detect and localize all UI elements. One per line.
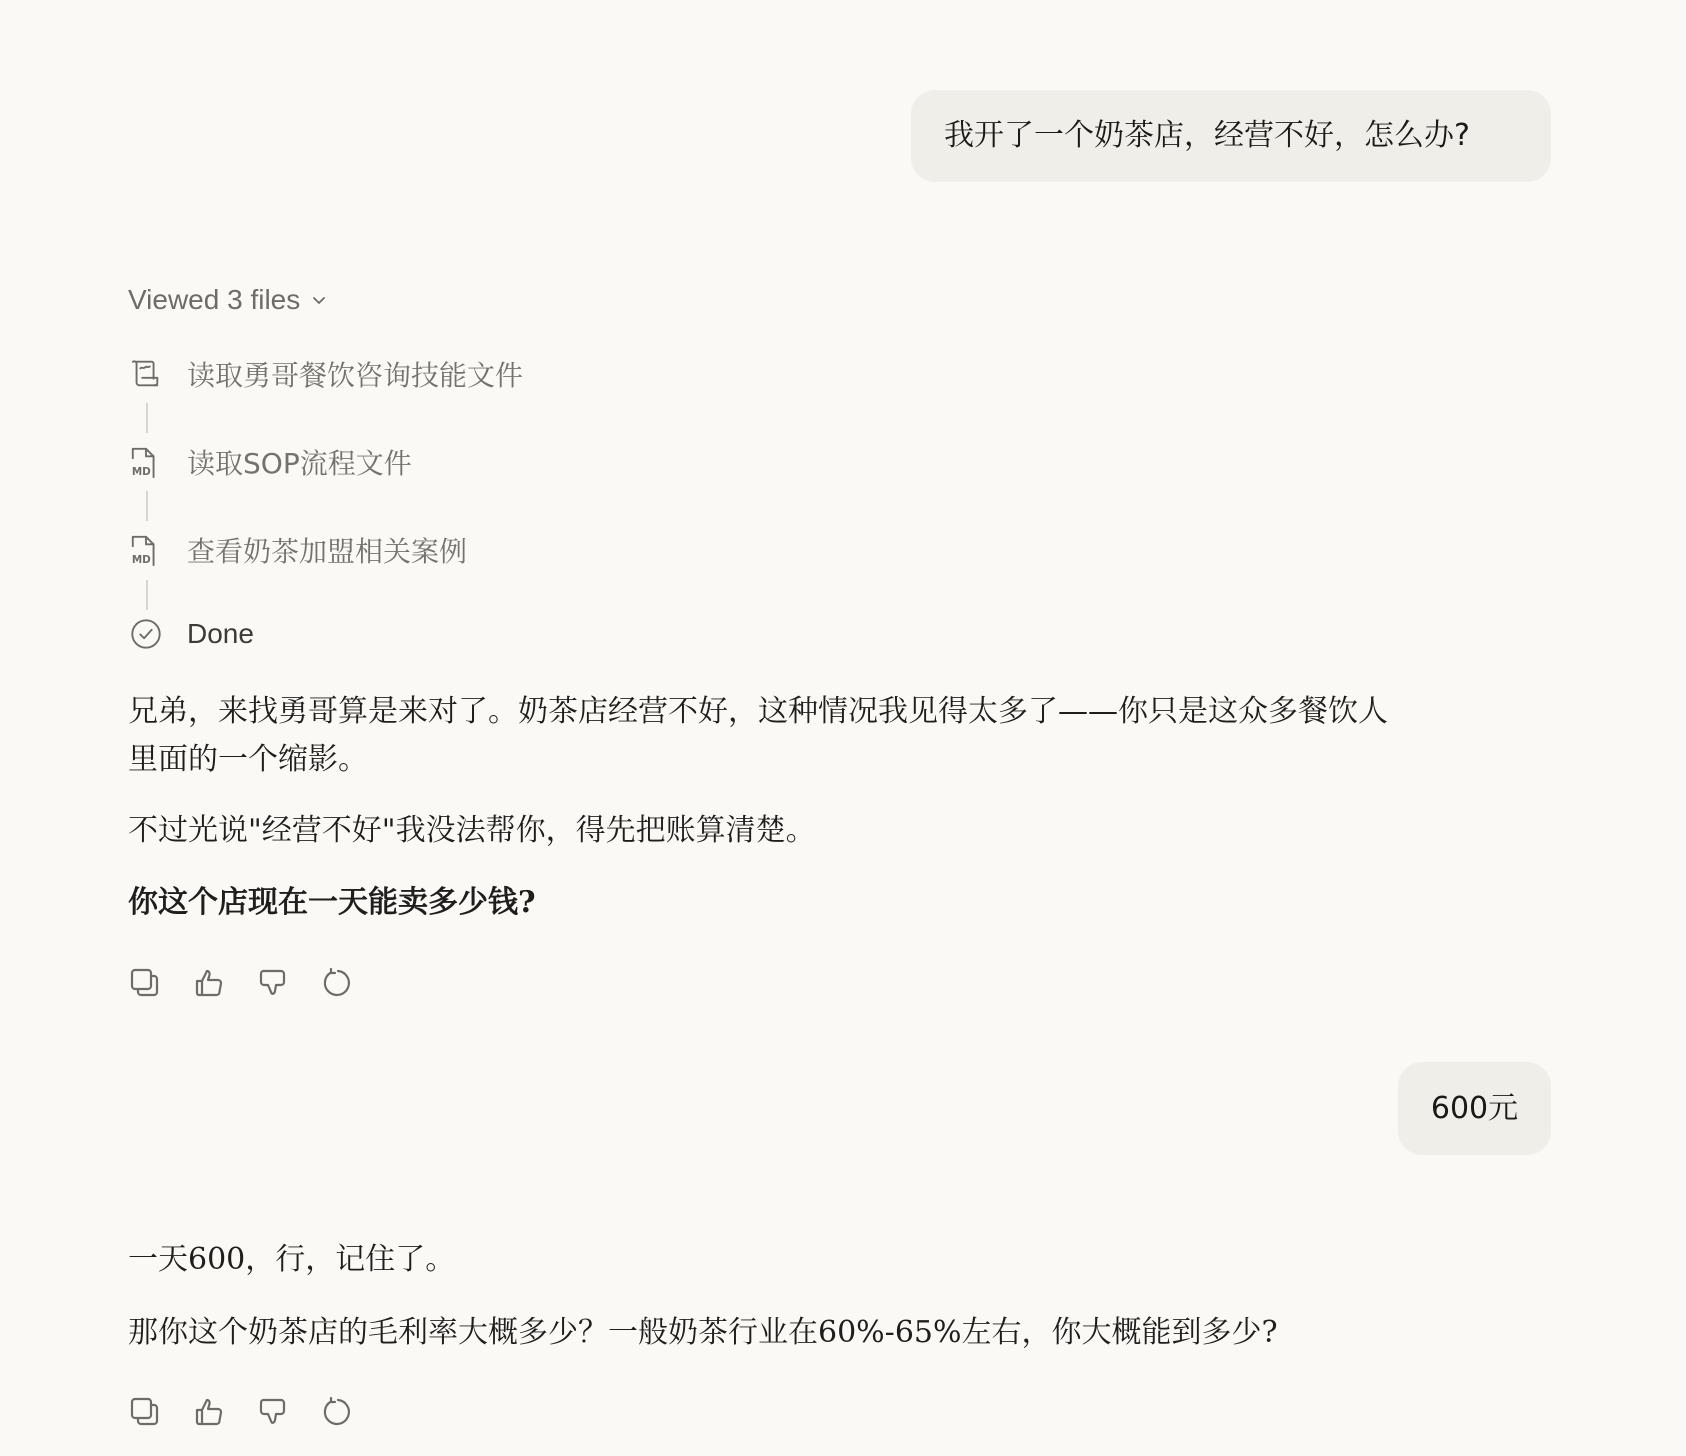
- tool-done-status: Done: [128, 614, 254, 654]
- assistant-paragraph: 一天600，行，记住了。: [128, 1236, 455, 1284]
- svg-text:MD: MD: [132, 554, 151, 566]
- retry-icon: [321, 967, 353, 999]
- user-message-text: 600元: [1431, 1089, 1518, 1129]
- markdown-file-icon: MD: [128, 444, 164, 480]
- check-circle-icon: [128, 616, 164, 652]
- assistant-question: 你这个店现在一天能卖多少钱?: [128, 879, 536, 927]
- thumbs-up-button[interactable]: [192, 1395, 225, 1428]
- retry-button[interactable]: [320, 966, 353, 999]
- thumbs-up-button[interactable]: [192, 966, 225, 999]
- assistant-paragraph: 不过光说"经营不好"我没法帮你，得先把账算清楚。: [128, 807, 816, 855]
- timeline-connector: [146, 491, 148, 521]
- chevron-down-icon: [310, 291, 328, 309]
- user-message-text: 我开了一个奶茶店，经营不好，怎么办?: [944, 116, 1470, 156]
- message-actions: [128, 1395, 353, 1428]
- thumbs-down-icon: [257, 1396, 289, 1428]
- thumbs-down-icon: [257, 967, 289, 999]
- file-item-skill[interactable]: 读取勇哥餐饮咨询技能文件: [128, 354, 523, 394]
- thumbs-up-icon: [193, 967, 225, 999]
- retry-icon: [321, 1396, 353, 1428]
- viewed-files-toggle[interactable]: Viewed 3 files: [128, 284, 328, 316]
- file-item-label: 查看奶茶加盟相关案例: [187, 530, 467, 570]
- file-item-cases[interactable]: MD 查看奶茶加盟相关案例: [128, 530, 467, 570]
- timeline-connector: [146, 580, 148, 610]
- done-label: Done: [187, 618, 254, 650]
- thumbs-down-button[interactable]: [256, 966, 289, 999]
- thumbs-up-icon: [193, 1396, 225, 1428]
- file-item-label: 读取勇哥餐饮咨询技能文件: [187, 354, 523, 394]
- timeline-connector: [146, 403, 148, 433]
- assistant-paragraph: 里面的一个缩影。: [128, 736, 368, 784]
- assistant-paragraph: 那你这个奶茶店的毛利率大概多少？一般奶茶行业在60%-65%左右，你大概能到多少…: [128, 1309, 1278, 1357]
- copy-button[interactable]: [128, 966, 161, 999]
- file-item-label: 读取SOP流程文件: [187, 442, 412, 482]
- retry-button[interactable]: [320, 1395, 353, 1428]
- assistant-paragraph: 兄弟，来找勇哥算是来对了。奶茶店经营不好，这种情况我见得太多了——你只是这众多餐…: [128, 688, 1388, 736]
- svg-text:MD: MD: [132, 466, 151, 478]
- viewed-files-label: Viewed 3 files: [128, 284, 300, 316]
- markdown-file-icon: MD: [128, 532, 164, 568]
- scroll-icon: [128, 356, 164, 392]
- copy-button[interactable]: [128, 1395, 161, 1428]
- message-actions: [128, 966, 353, 999]
- user-message-bubble: 600元: [1398, 1062, 1551, 1155]
- copy-icon: [129, 967, 161, 999]
- thumbs-down-button[interactable]: [256, 1395, 289, 1428]
- copy-icon: [129, 1396, 161, 1428]
- file-item-sop[interactable]: MD 读取SOP流程文件: [128, 442, 412, 482]
- user-message-bubble: 我开了一个奶茶店，经营不好，怎么办?: [911, 90, 1551, 182]
